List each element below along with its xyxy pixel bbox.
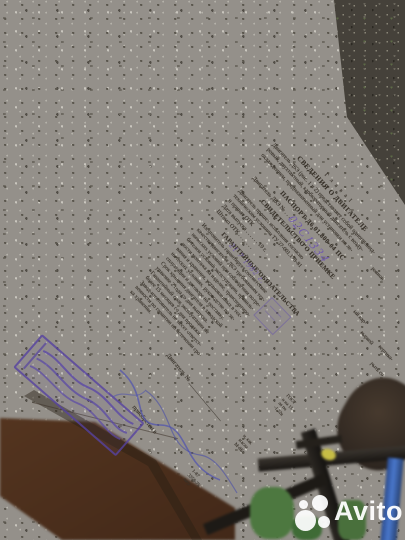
avito-watermark: Avito bbox=[293, 492, 405, 534]
avito-logo-dot bbox=[295, 510, 316, 531]
avito-logo-dot bbox=[312, 495, 328, 511]
avito-logo-icon bbox=[293, 492, 333, 532]
green-object bbox=[250, 487, 294, 539]
signature-scribble bbox=[105, 355, 255, 505]
avito-logo-dot bbox=[299, 500, 308, 509]
photo-scene: Г л а в а I СВЕДЕНИЯ О ДВИГАТЕЛЕ Двигате… bbox=[0, 0, 405, 540]
stamp-mark bbox=[265, 310, 275, 321]
avito-watermark-label: Avito bbox=[334, 496, 403, 527]
avito-logo-dot bbox=[318, 516, 330, 528]
